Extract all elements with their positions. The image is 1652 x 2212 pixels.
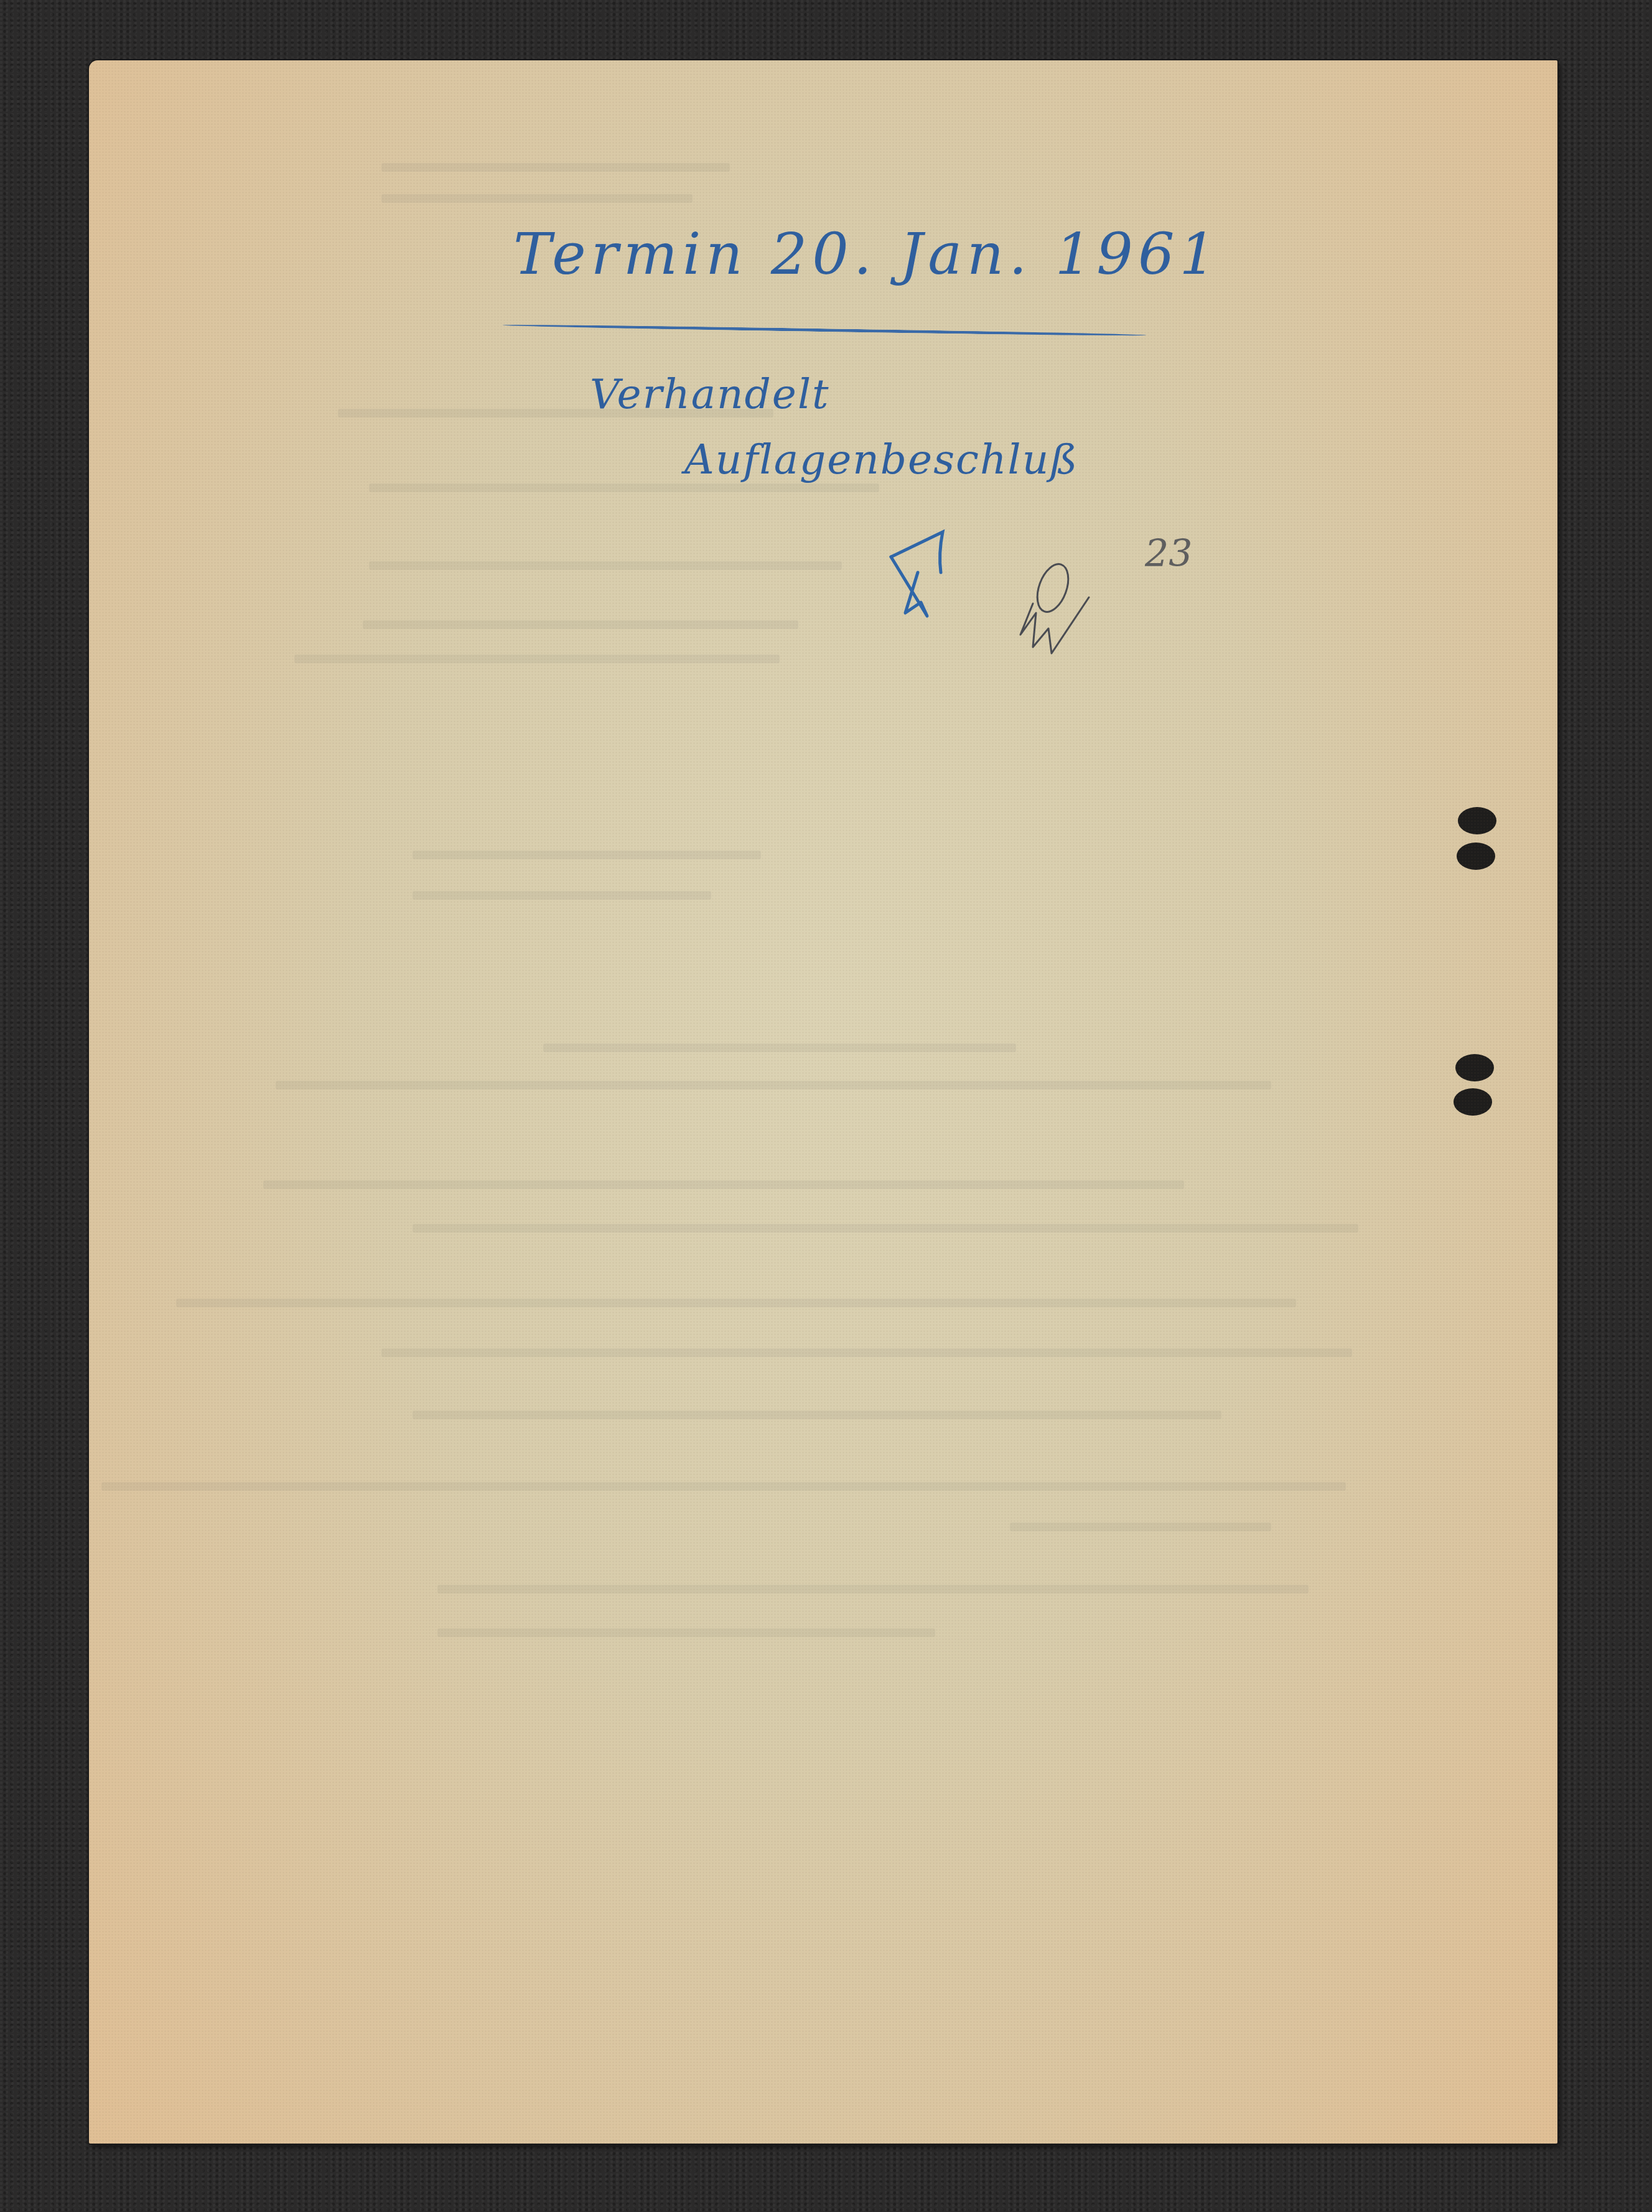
bleed-through-line bbox=[437, 1585, 1309, 1594]
bleed-through-line bbox=[294, 655, 780, 663]
bleed-through-line bbox=[381, 1348, 1352, 1357]
bleed-through-line bbox=[101, 1482, 1346, 1491]
bleed-through-line bbox=[413, 1224, 1358, 1233]
handwritten-note-verhandelt: Verhandelt bbox=[590, 370, 830, 418]
punch-hole bbox=[1457, 842, 1495, 870]
bleed-through-line bbox=[381, 194, 693, 203]
bleed-through-line bbox=[276, 1081, 1271, 1090]
bleed-through-line bbox=[176, 1299, 1296, 1307]
initials-mark-icon bbox=[884, 529, 958, 622]
handwritten-date-heading: Termin 20. Jan. 1961 bbox=[513, 221, 1221, 287]
bleed-through-line bbox=[263, 1180, 1184, 1189]
bleed-through-line bbox=[413, 1411, 1221, 1419]
handwritten-note-auflagenbeschluss: Auflagenbeschluß bbox=[684, 436, 1078, 483]
bleed-through-line bbox=[1010, 1523, 1271, 1531]
page-number: 23 bbox=[1145, 532, 1192, 576]
bleed-through-line bbox=[413, 851, 761, 859]
bleed-through-line bbox=[369, 483, 879, 492]
pencil-signature-icon bbox=[1014, 560, 1101, 660]
bleed-through-line bbox=[363, 620, 798, 629]
bleed-through-line bbox=[437, 1628, 935, 1637]
punch-hole bbox=[1458, 807, 1496, 834]
bleed-through-line bbox=[413, 891, 711, 900]
bleed-through-line bbox=[369, 561, 842, 570]
bleed-through-line bbox=[543, 1043, 1016, 1052]
punch-hole bbox=[1455, 1054, 1494, 1081]
bleed-through-line bbox=[381, 163, 730, 172]
punch-hole bbox=[1454, 1088, 1492, 1116]
